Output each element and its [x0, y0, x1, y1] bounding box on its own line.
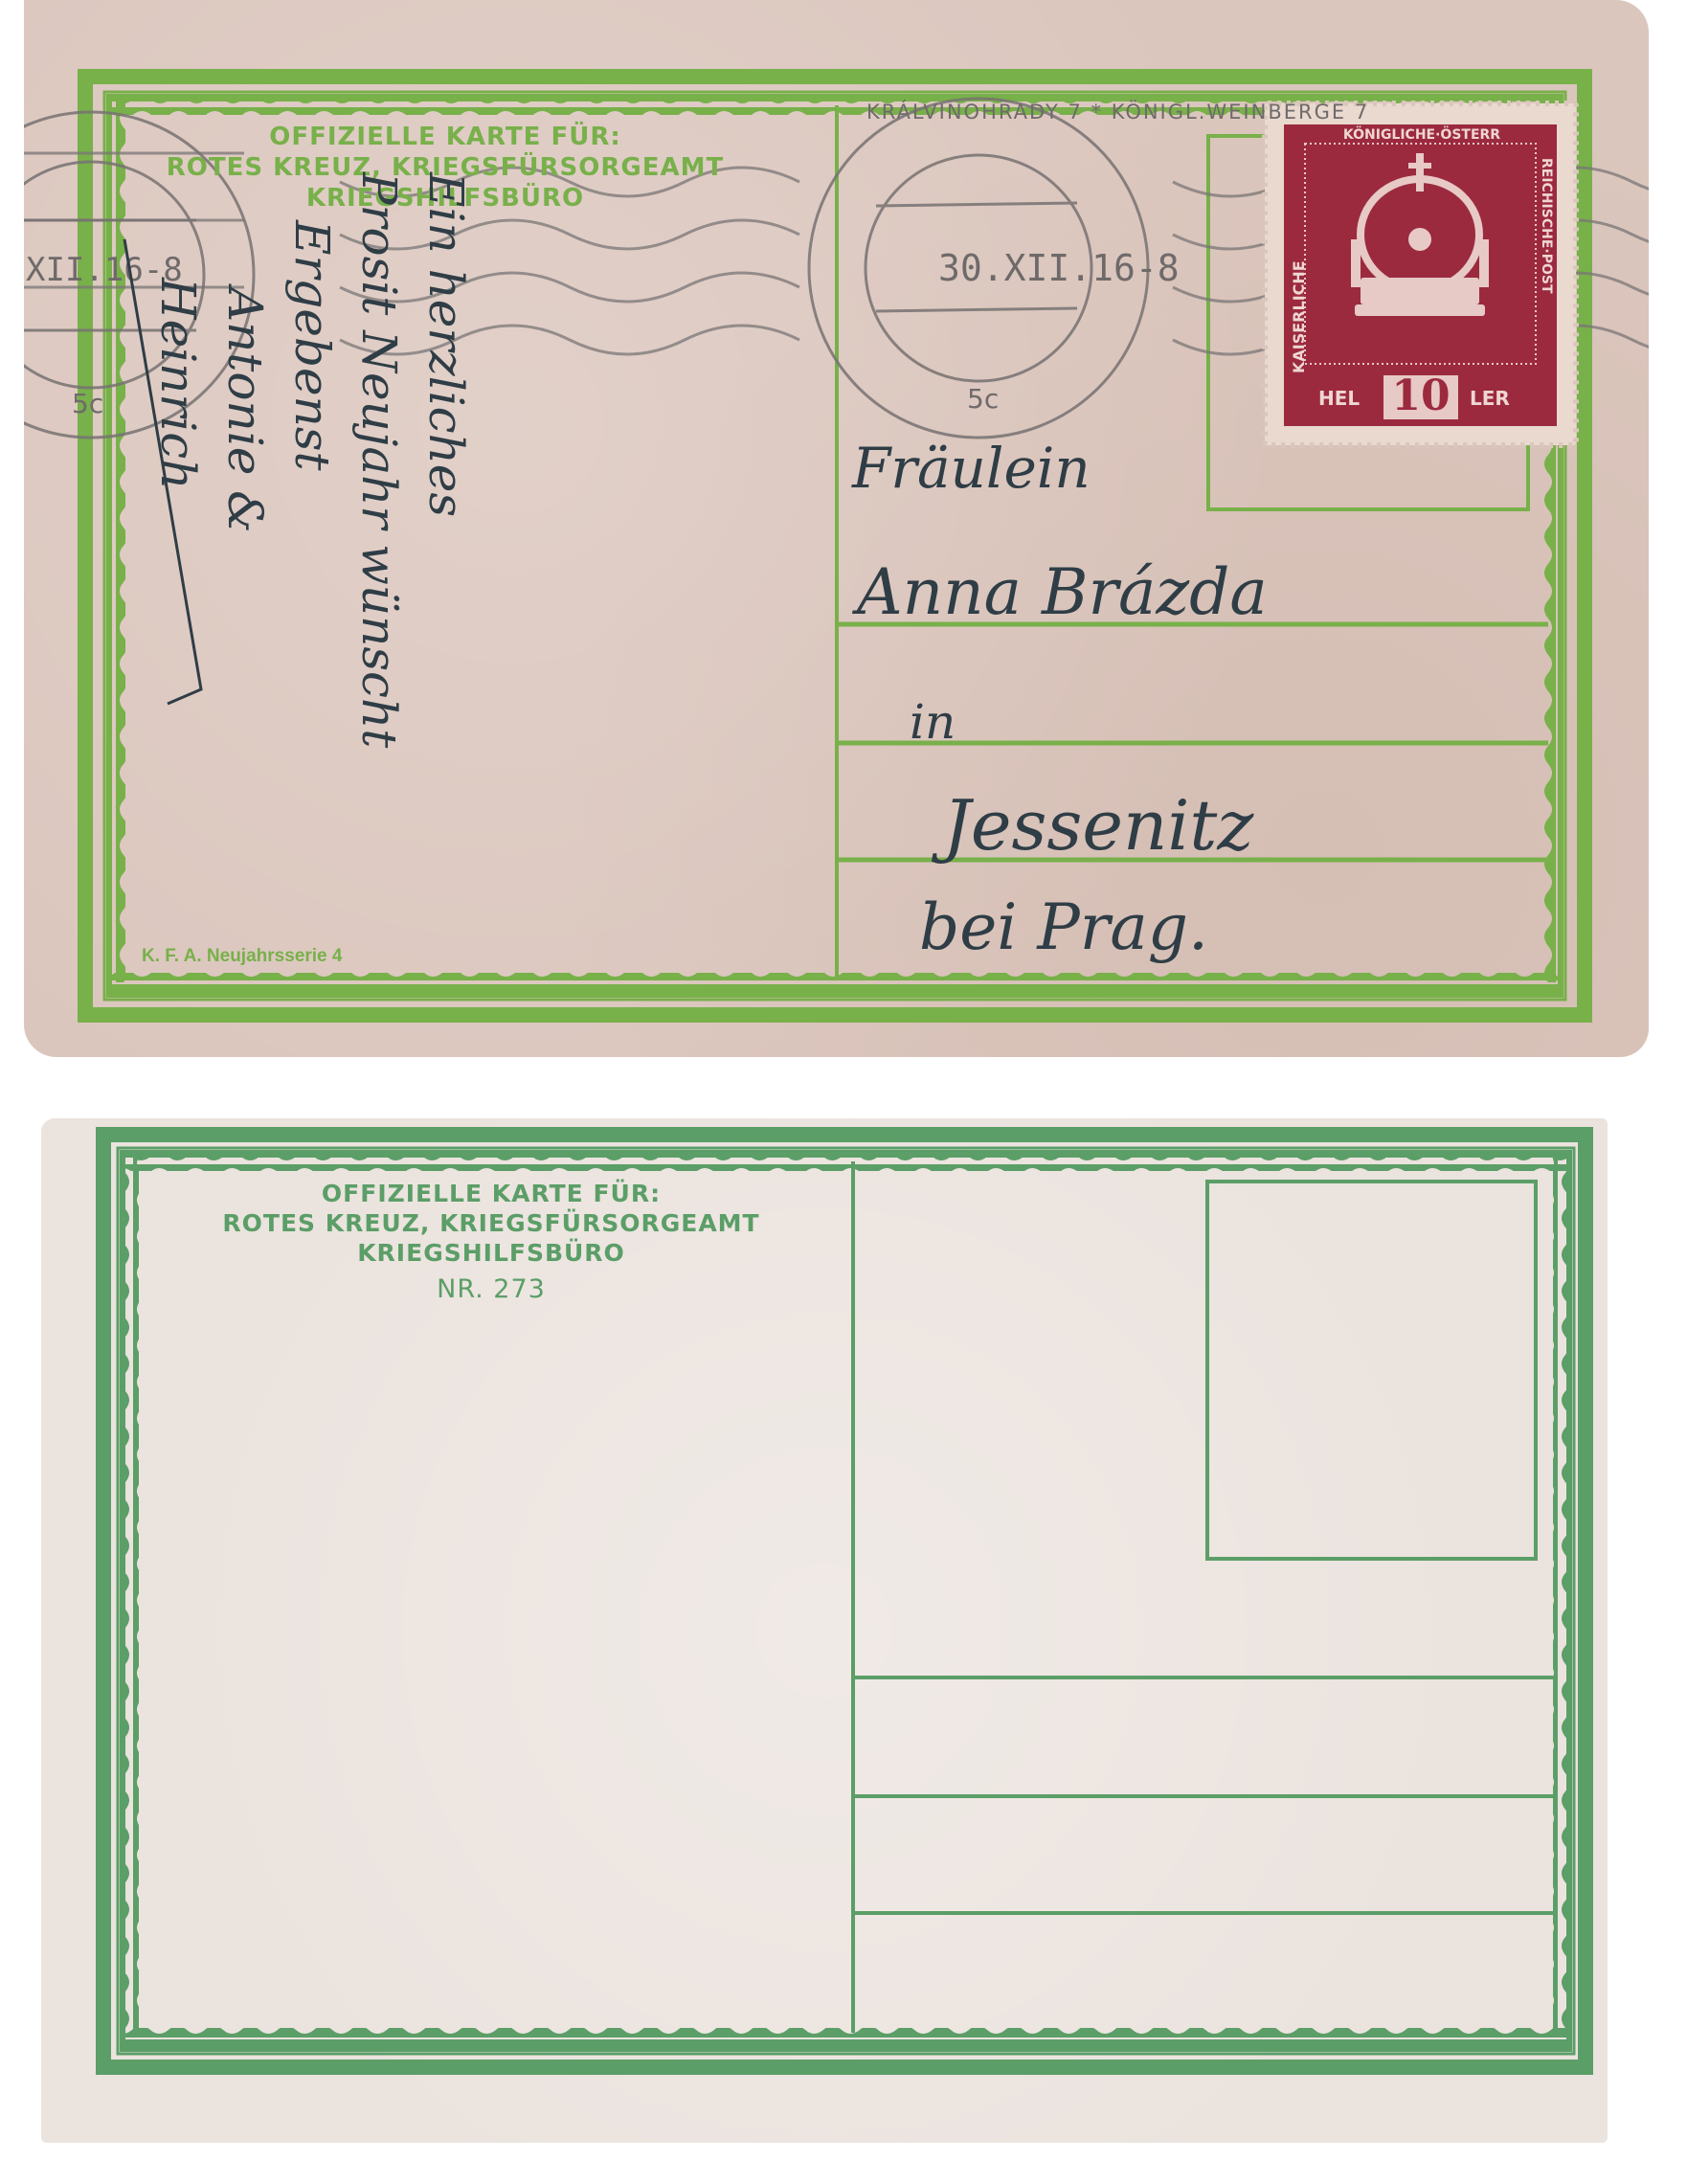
address-line-4: Jessenitz [943, 785, 1253, 866]
postmark-ring-text: KRÁLVINOHRADY 7 * KÖNIGL.WEINBERGE 7 [866, 101, 1115, 124]
series-label: K. F. A. Neujahrsserie 4 [142, 946, 342, 967]
card-number: NR. 273 [146, 1276, 836, 1302]
title-line-3: KRIEGSHILFSBÜRO [146, 1241, 836, 1265]
stamp-left-text: KAISERLICHE [1290, 260, 1308, 373]
stamp-top-text: KÖNIGLICHE·ÖSTERR [1307, 127, 1537, 143]
postmark-code: 5c [967, 383, 999, 415]
address-line-1: Fräulein [852, 436, 1091, 501]
stamp-currency-left: HEL [1318, 387, 1360, 410]
title-line-2: ROTES KREUZ, KRIEGSFÜRSORGEAMT [146, 1211, 836, 1235]
address-line-2: Anna Brázda [857, 555, 1268, 629]
title-line-1: OFFIZIELLE KARTE FÜR: [146, 1182, 836, 1205]
underline-stroke [24, 0, 407, 766]
message-line-1: Ein herzliches [418, 172, 474, 517]
postmark-date: 30.XII.16-8 [938, 247, 1180, 289]
stamp-value: 10 [1383, 372, 1458, 420]
postcard-front-used: OFFIZIELLE KARTE FÜR: ROTES KREUZ, KRIEG… [24, 0, 1649, 1057]
address-line-3: in [910, 694, 956, 750]
stamp-right-text: REICHISCHE·POST [1539, 158, 1554, 294]
postcard-front-blank: OFFIZIELLE KARTE FÜR: ROTES KREUZ, KRIEG… [41, 1118, 1608, 2143]
card2-title: OFFIZIELLE KARTE FÜR: ROTES KREUZ, KRIEG… [146, 1182, 836, 1302]
address-line-5: bei Prag. [919, 890, 1208, 964]
stamp-currency-right: LER [1470, 387, 1510, 410]
